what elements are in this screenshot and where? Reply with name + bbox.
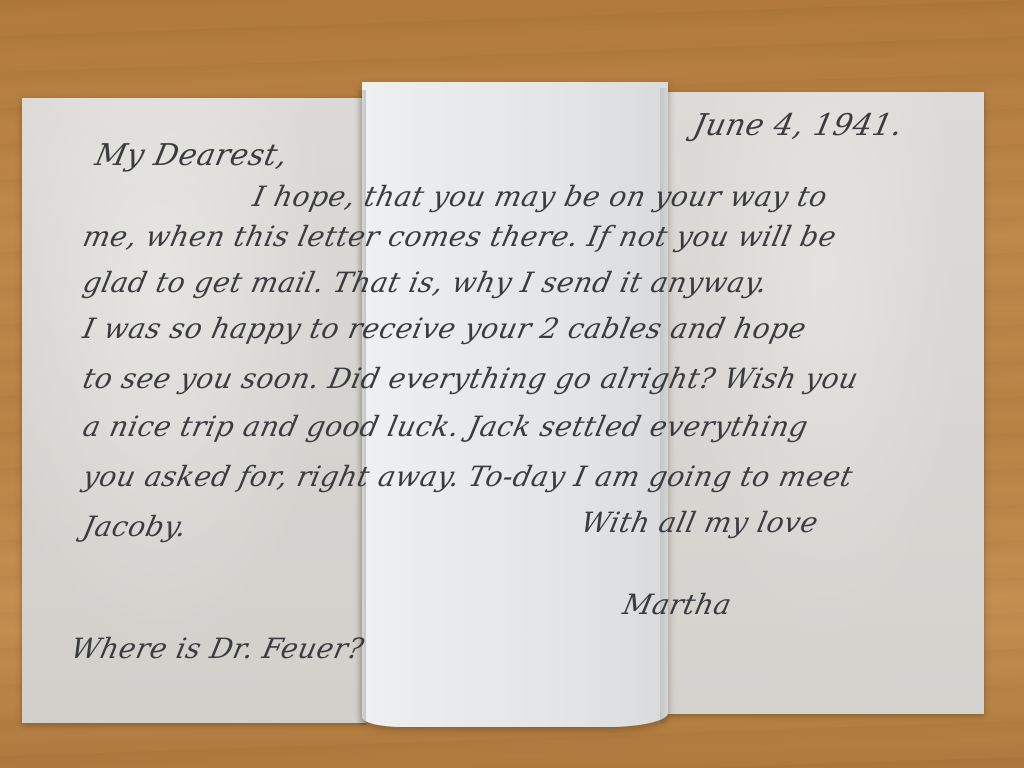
letter-body-line: to see you soon. Did everything go alrig…: [80, 362, 861, 395]
letter-body-line: a nice trip and good luck. Jack settled …: [80, 410, 811, 443]
letter-postscript: Where is Dr. Feuer?: [68, 632, 367, 665]
letter-body-line: Jacoby.: [80, 510, 190, 543]
letter-signature: Martha: [620, 588, 735, 621]
letter-body-line: you asked for, right away. To-day I am g…: [80, 460, 856, 493]
letter-body-line: I hope, that you may be on your way to: [250, 180, 831, 213]
letter-salutation: My Dearest,: [92, 138, 291, 173]
handwritten-letter: June 4, 1941. My Dearest, I hope, that y…: [0, 0, 1024, 768]
letter-closing: With all my love: [578, 506, 821, 539]
letter-middle-panel: [362, 82, 668, 727]
letter-date: June 4, 1941.: [690, 108, 906, 143]
letter-body-line: glad to get mail. That is, why I send it…: [80, 266, 770, 299]
letter-body-line: I was so happy to receive your 2 cables …: [80, 312, 810, 345]
letter-body-line: me, when this letter comes there. If not…: [80, 220, 840, 253]
